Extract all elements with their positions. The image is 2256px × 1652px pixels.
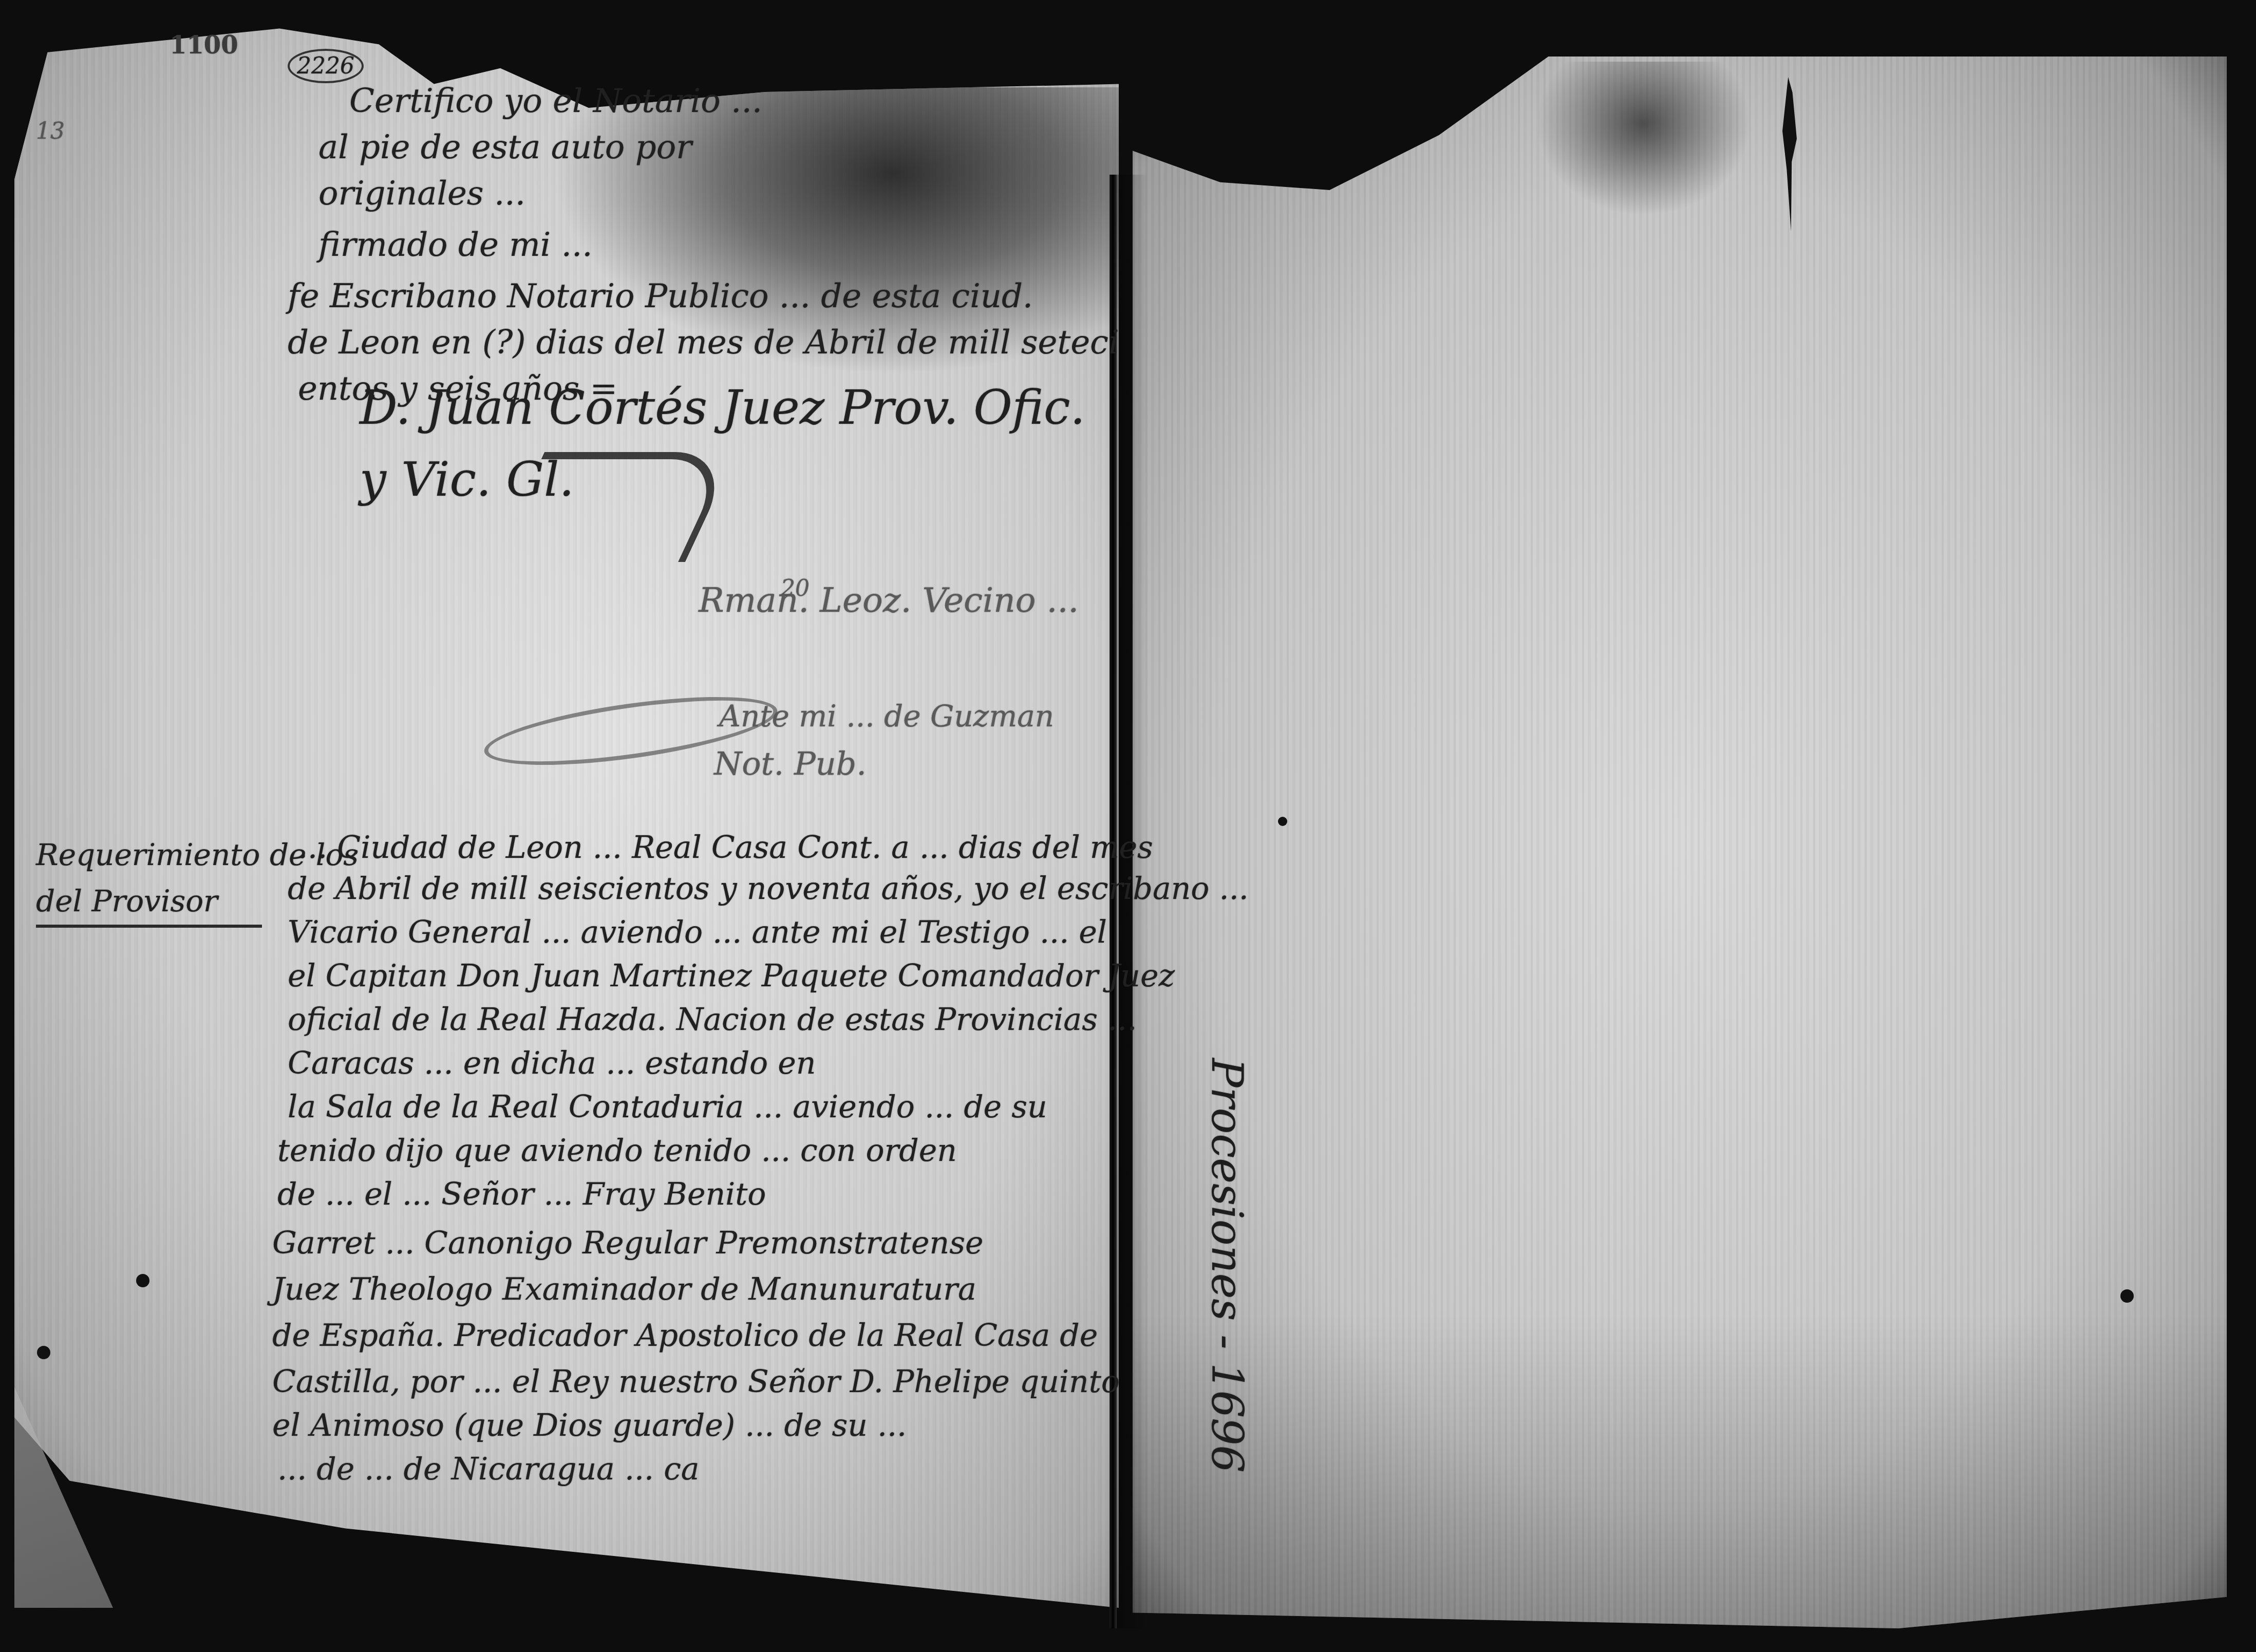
signature-witness: Rman. Leoz. Vecino ... (699, 580, 1079, 620)
body-line: oficial de la Real Hazda. Nacion de esta… (288, 1002, 1137, 1038)
body-line: ... de ... de Nicaragua ... ca (277, 1451, 700, 1487)
margin-note-line: del Provisor (36, 884, 218, 918)
header-line: al pie de esta auto por (318, 128, 692, 166)
body-line: el Capitan Don Juan Martinez Paquete Com… (288, 958, 1175, 994)
side-mark: 13 (36, 118, 65, 144)
ink-spot-icon (1278, 817, 1287, 826)
signature-juez-provisor: D. Juan Cortés Juez Prov. Ofic. (360, 380, 1085, 435)
body-line: Juez Theologo Examinador de Manunuratura (272, 1271, 976, 1307)
body-line: Vicario General ... aviendo ... ante mi … (288, 914, 1107, 950)
signature-notary: Ante mi ... de Guzman (719, 699, 1054, 734)
signature-notary-title: Not. Pub. (714, 745, 867, 782)
body-line: Caracas ... en dicha ... estando en (288, 1045, 816, 1081)
body-line: ... Ciudad de Leon ... Real Casa Cont. a… (298, 830, 1153, 866)
binding-hole-icon (37, 1346, 50, 1359)
header-line: originales ... (318, 175, 525, 213)
folio-number: 2226 (288, 49, 364, 83)
header-line: fe Escribano Notario Publico ... de esta… (288, 277, 1033, 315)
right-page (1133, 57, 2227, 1628)
body-line: de Abril de mill seiscientos y noventa a… (288, 871, 1249, 907)
binding-hole-icon (136, 1274, 149, 1287)
body-line: el Animoso (que Dios guarde) ... de su .… (272, 1407, 907, 1443)
vertical-annotation: Procesiones - 1696 (1202, 1058, 1252, 1473)
header-line: Certifico yo el Notario ... (349, 82, 762, 120)
water-stain (1536, 62, 1752, 216)
body-line: tenido dijo que aviendo tenido ... con o… (277, 1133, 957, 1169)
body-line: de España. Predicador Apostolico de la R… (272, 1318, 1098, 1354)
body-line: de ... el ... Señor ... Fray Benito (277, 1176, 766, 1212)
body-line: Garret ... Canonigo Regular Premonstrate… (272, 1225, 984, 1261)
folio-stamp: 1100 (170, 31, 238, 60)
header-line: firmado de mi ... (318, 226, 593, 264)
body-line: Castilla, por ... el Rey nuestro Señor D… (272, 1364, 1120, 1400)
margin-underline (36, 925, 262, 928)
header-line: de Leon en (?) dias del mes de Abril de … (288, 324, 1119, 362)
body-line: la Sala de la Real Contaduria ... aviend… (288, 1089, 1047, 1125)
binding-hole-icon (2120, 1289, 2134, 1303)
